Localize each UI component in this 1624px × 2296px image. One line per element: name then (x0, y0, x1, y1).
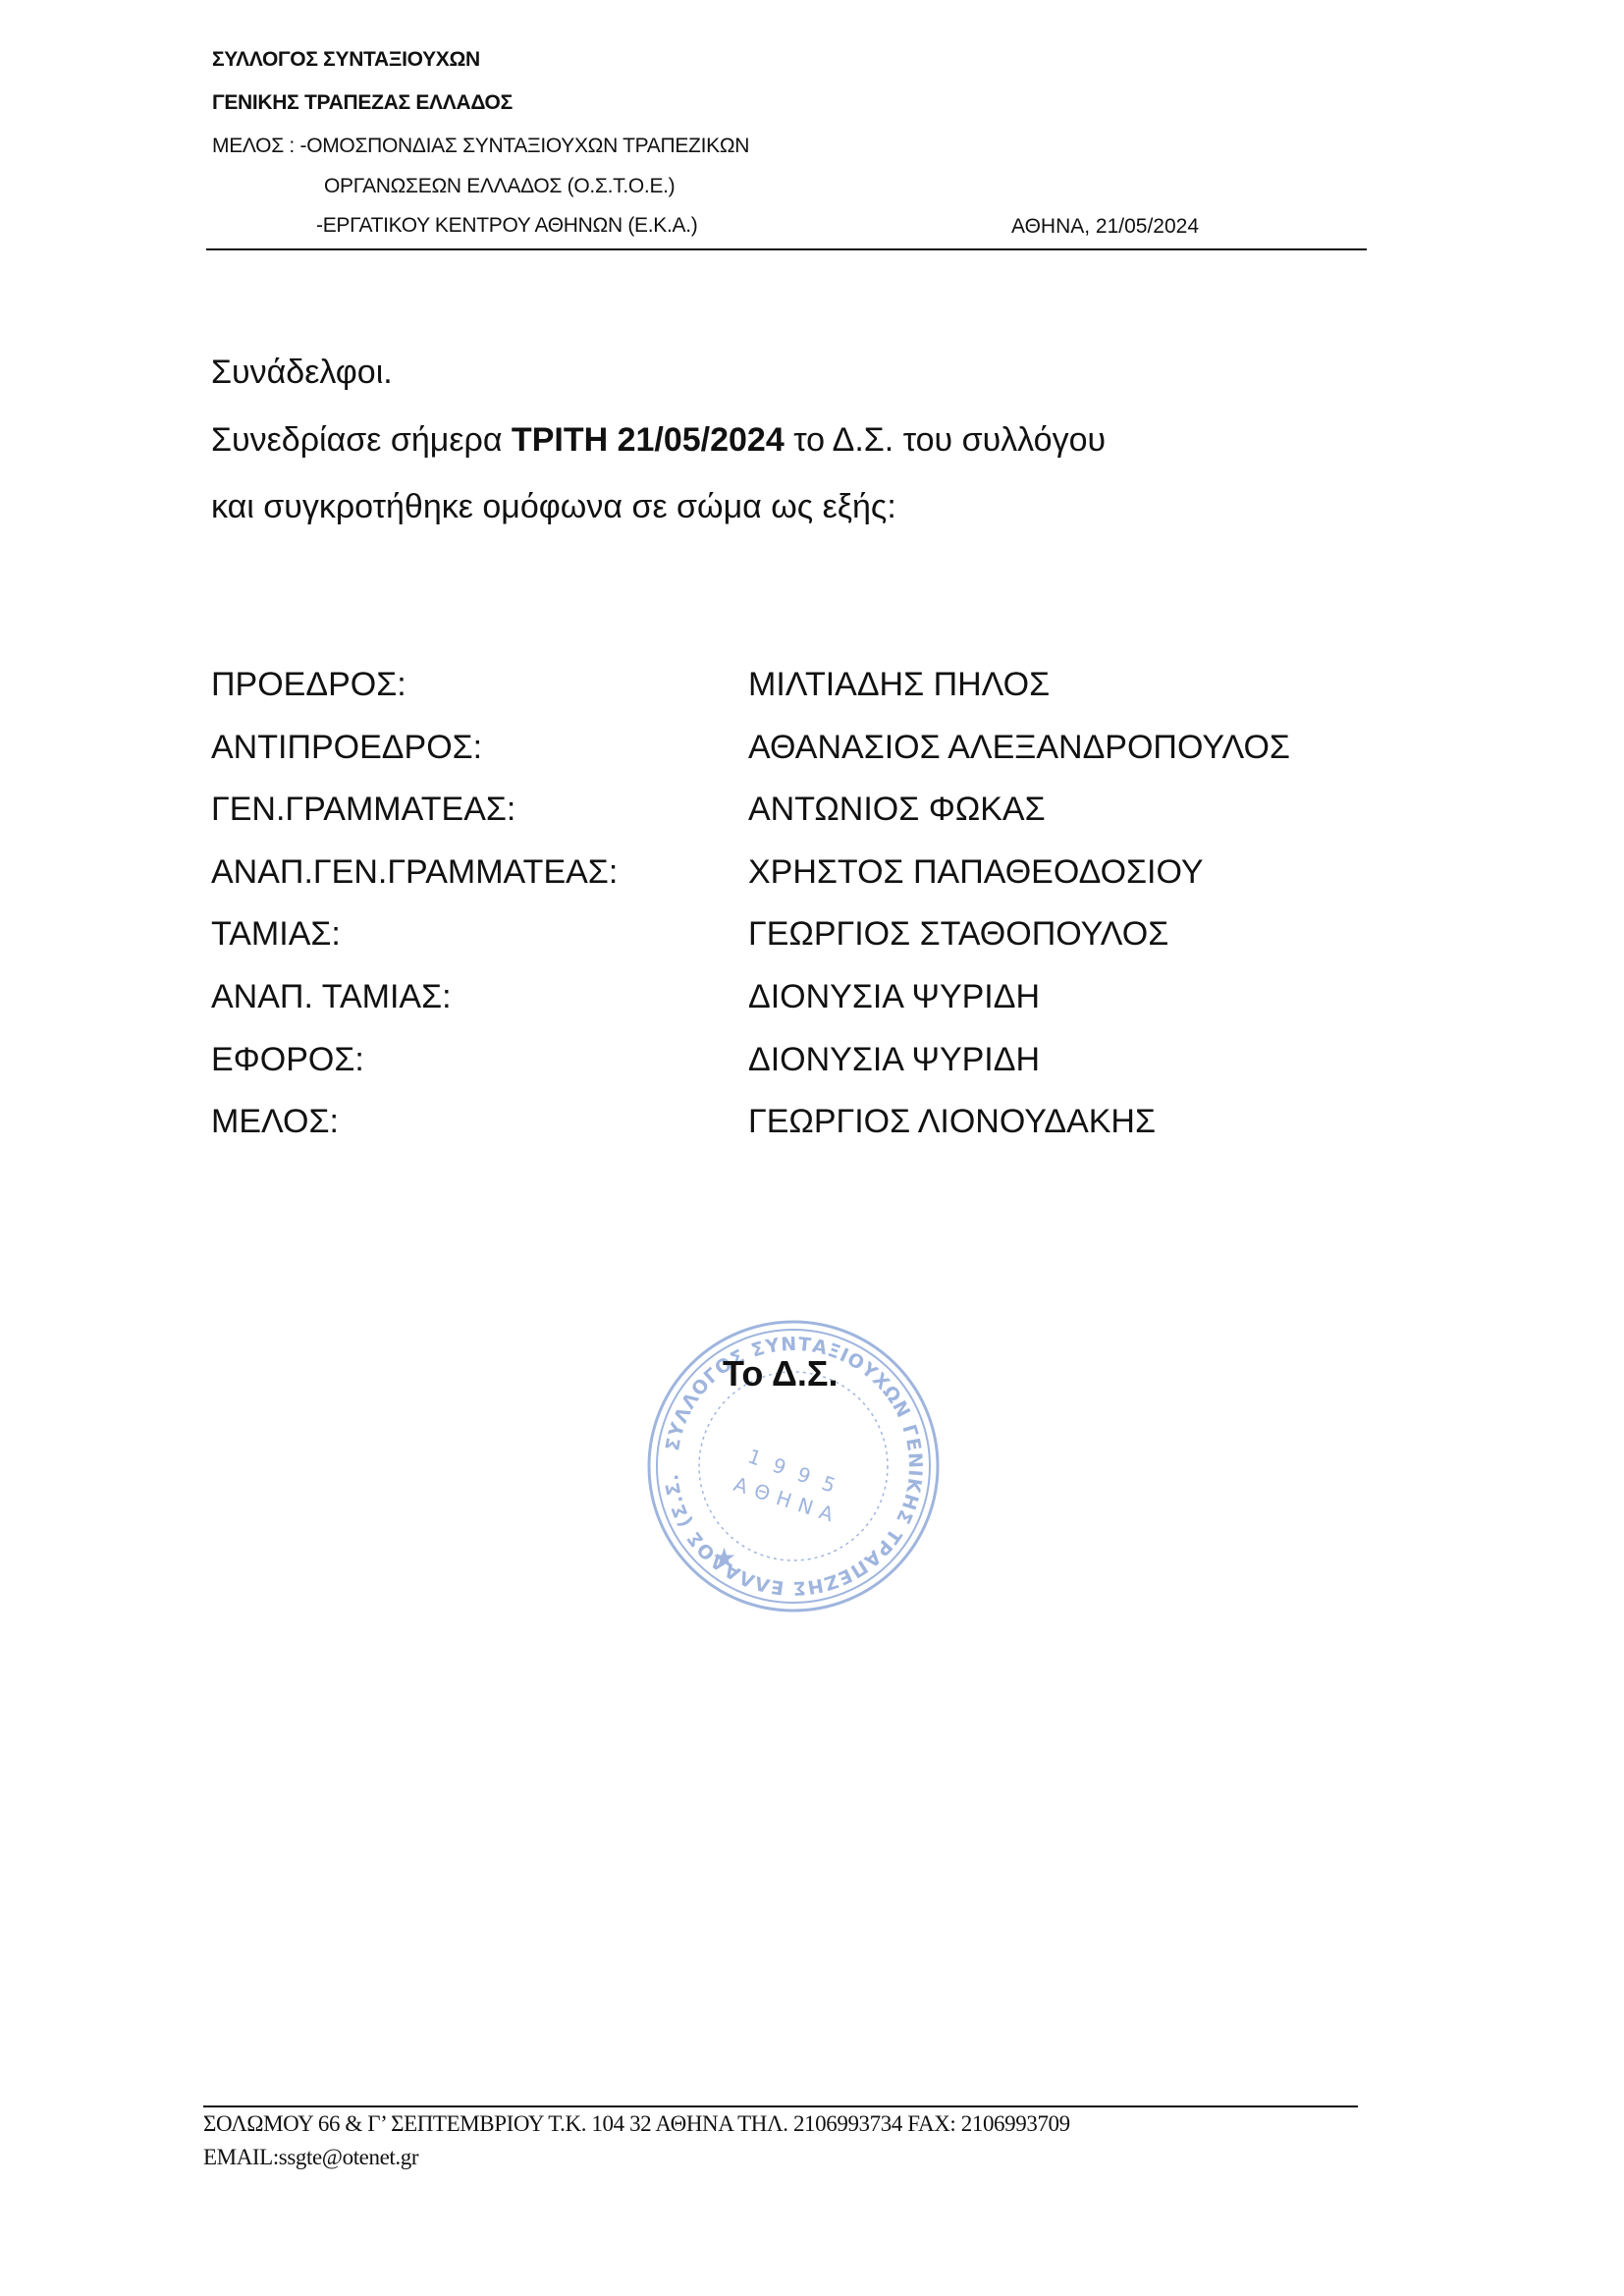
member-name: ΔΙΟΝΥΣΙΑ ΨΥΡΙΔΗ (748, 1043, 1040, 1076)
footer-email[interactable]: EMAIL:ssgte@otenet.gr (203, 2146, 418, 2168)
role-label: ΕΦΟΡΟΣ: (211, 1043, 364, 1076)
role-label: ΑΝΑΠ.ΓΕΝ.ΓΡΑΜΜΑΤΕΑΣ: (211, 855, 618, 889)
role-label: ΑΝΤΙΠΡΟΕΔΡΟΣ: (211, 731, 482, 764)
member-name: ΓΕΩΡΓΙΟΣ ΛΙΟΝΟΥΔΑΚΗΣ (748, 1105, 1156, 1138)
member-name: ΓΕΩΡΓΙΟΣ ΣΤΑΘΟΠΟΥΛΟΣ (748, 917, 1168, 951)
org-name-line1: ΣΥΛΛΟΓΟΣ ΣΥΝΤΑΞΙΟΥΧΩΝ (212, 49, 480, 70)
intro-sentence: Συνεδρίασε σήμερα ΤΡΙΤΗ 21/05/2024 το Δ.… (211, 423, 1106, 457)
role-label: ΜΕΛΟΣ: (211, 1105, 339, 1138)
intro-continuation: και συγκροτήθηκε ομόφωνα σε σώμα ως εξής… (211, 490, 896, 523)
member-name: ΜΙΛΤΙΑΔΗΣ ΠΗΛΟΣ (748, 668, 1050, 701)
membership-line1: ΜΕΛΟΣ : -ΟΜΟΣΠΟΝΔΙΑΣ ΣΥΝΤΑΞΙΟΥΧΩΝ ΤΡΑΠΕΖ… (212, 136, 749, 156)
place-date: ΑΘΗΝΑ, 21/05/2024 (1011, 215, 1199, 239)
intro-prefix: Συνεδρίασε σήμερα (211, 421, 512, 459)
footer-divider (203, 2105, 1358, 2107)
svg-text:★: ★ (712, 1542, 736, 1574)
org-name-line2: ΓΕΝΙΚΗΣ ΤΡΑΠΕΖΑΣ ΕΛΛΑΔΟΣ (212, 92, 513, 113)
member-name: ΑΝΤΩΝΙΟΣ ΦΩΚΑΣ (748, 793, 1046, 826)
role-label: ΤΑΜΙΑΣ: (211, 917, 341, 951)
role-label: ΓΕΝ.ΓΡΑΜΜΑΤΕΑΣ: (211, 793, 515, 826)
greeting: Συνάδελφοι. (211, 355, 393, 389)
membership-line2: ΟΡΓΑΝΩΣΕΩΝ ΕΛΛΑΔΟΣ (Ο.Σ.Τ.Ο.Ε.) (324, 176, 675, 196)
member-name: ΧΡΗΣΤΟΣ ΠΑΠΑΘΕΟΔΟΣΙΟΥ (748, 855, 1204, 889)
intro-suffix: το Δ.Σ. του συλλόγου (785, 421, 1106, 459)
role-label: ΠΡΟΕΔΡΟΣ: (211, 668, 406, 701)
meeting-date: ΤΡΙΤΗ 21/05/2024 (512, 421, 785, 459)
role-label: ΑΝΑΠ. ΤΑΜΙΑΣ: (211, 980, 452, 1013)
header-divider (206, 248, 1367, 250)
member-name: ΔΙΟΝΥΣΙΑ ΨΥΡΙΔΗ (748, 980, 1040, 1013)
board-signoff: Το Δ.Σ. (723, 1353, 838, 1394)
footer-address: ΣΟΛΩΜΟΥ 66 & Γ’ ΣΕΠΤΕΜΒΡΙΟΥ Τ.Κ. 104 32 … (203, 2112, 1070, 2135)
membership-line3: -ΕΡΓΑΤΙΚΟΥ ΚΕΝΤΡΟΥ ΑΘΗΝΩΝ (Ε.Κ.Α.) (316, 215, 697, 236)
member-name: ΑΘΑΝΑΣΙΟΣ ΑΛΕΞΑΝΔΡΟΠΟΥΛΟΣ (748, 731, 1290, 764)
